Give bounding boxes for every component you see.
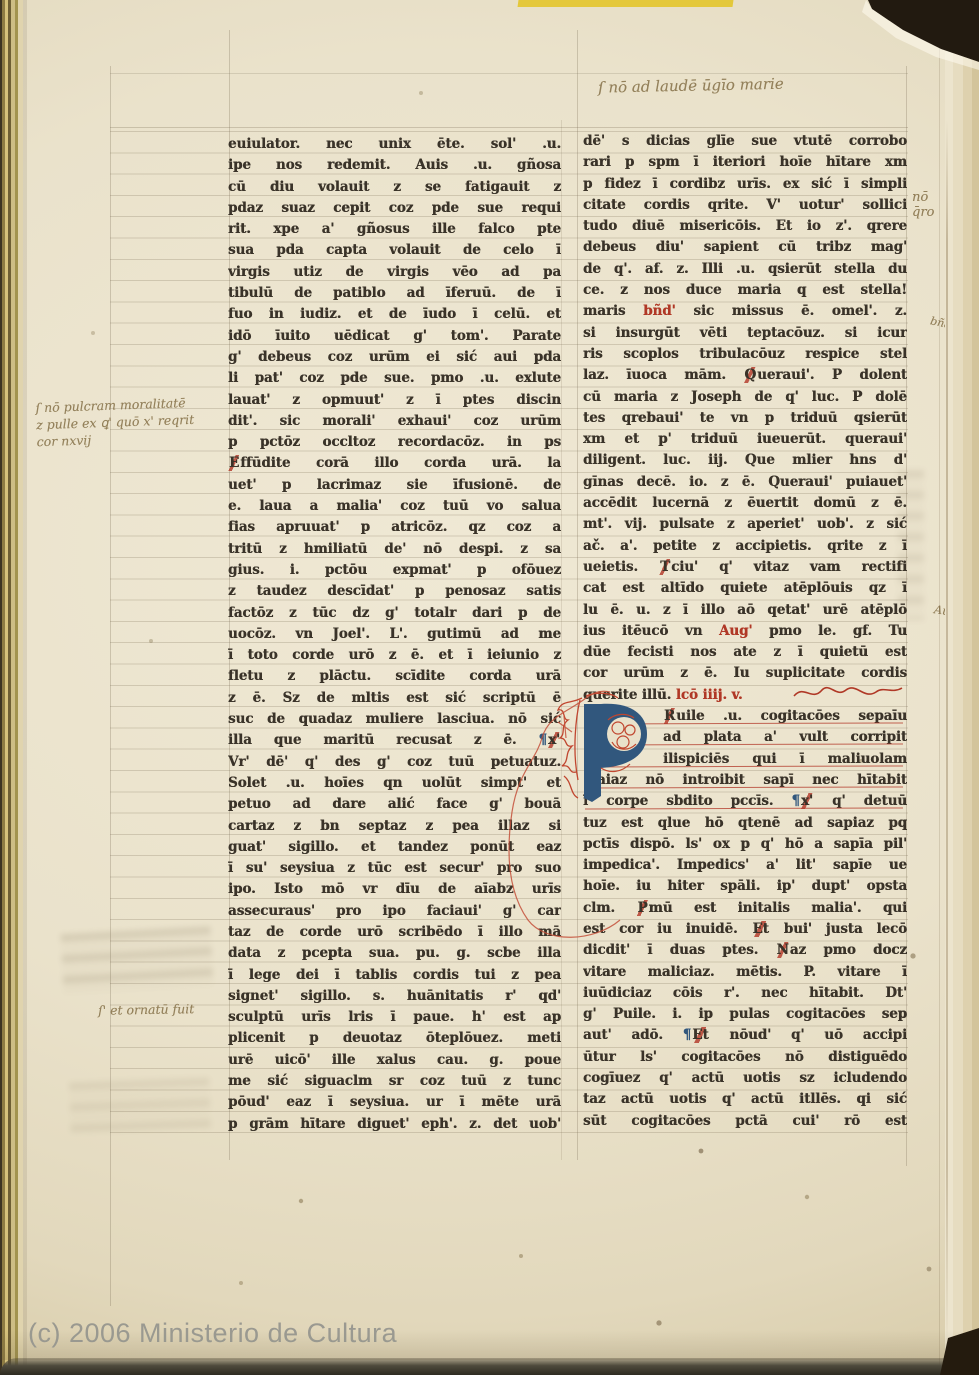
text-line: pōud' eaz ī seysiua. ur ī mēte urā <box>228 1092 561 1113</box>
rubric-text: lcō iiij. v. <box>676 687 743 703</box>
gothic-text: maris <box>583 303 643 319</box>
gothic-text: diligent. luc. iij. Que mlier hns d' <box>583 452 907 468</box>
gothic-text: ciu' q' vitaz vam rectifi <box>671 559 907 575</box>
header-annotation: ſ nō ad laudē ūgīo marie <box>598 73 848 96</box>
text-line: urē uicō' ille xalus cau. g. poue <box>228 1050 561 1071</box>
gothic-text: p fidez ī cordibz urīs. ex sić ī simpli <box>583 176 907 192</box>
gothic-text: ad plata a' vult corripit <box>663 729 907 745</box>
gothic-text: cū diu volauit z se fatigauit z <box>228 179 561 195</box>
manuscript-page-scan: euiulator. nec unix ēte. sol' .u.ipe nos… <box>0 0 979 1375</box>
left-margin-note: ſ nō pulcram moralitatē z pulle ex ꝗ' qu… <box>35 393 227 451</box>
gothic-text: fias apruuat' p atricōz. qz coz a <box>228 519 561 535</box>
gothic-text: E <box>228 455 240 471</box>
text-line: idō īuito uēdicat g' tom'. Parate <box>228 326 561 347</box>
text-line: cogīuez q' actū uotis sz icludendo <box>583 1068 907 1089</box>
dark-corner-top-right <box>0 0 979 70</box>
text-line: sua pda capta volauit de celo ī <box>228 240 561 261</box>
text-line: cū maria z Joseph de q' luc. P dolē <box>583 387 907 408</box>
gothic-text: dit'. sic morali' exhaui' coz urūm <box>228 413 561 429</box>
gothic-text: mt'. vij. pulsate z aperiet' uob'. z sić <box>583 516 907 532</box>
text-line: gīnas decē. io. z ē. Queraui' puiauet' <box>583 472 907 493</box>
gothic-text: taz actū uotis q' actū itllēs. qi sić <box>583 1091 907 1107</box>
gothic-text: gīnas decē. io. z ē. Queraui' puiauet' <box>583 474 907 490</box>
text-line: p pctōz occltoz recordacōz. in ps <box>228 432 561 453</box>
text-line: ce. z nos duce maria q est stella! <box>583 280 907 301</box>
text-line: taz actū uotis q' actū itllēs. qi sić <box>583 1089 907 1110</box>
gothic-text: q' detuū <box>814 793 907 809</box>
gothic-text: cogīuez q' actū uotis sz icludendo <box>583 1070 907 1086</box>
text-line: ius itēucō vn Aug' pmo le. gf. Tu <box>583 621 907 642</box>
text-line: factōz z tūc dz g' totalr dari p de <box>228 603 561 624</box>
text-line: fias apruuat' p atricōz. qz coz a <box>228 517 561 538</box>
gothic-text: ris scoplos tribulacōuz respice stel <box>583 346 907 362</box>
gothic-text: ueraui'. P dolent <box>757 367 907 383</box>
gothic-text: ueietis. <box>583 559 659 575</box>
gothic-text: ipe nos redemit. Auis .u. gñosa <box>228 157 561 173</box>
corner-fold-highlight <box>0 0 979 80</box>
gothic-text: Q <box>743 367 757 383</box>
gothic-text: factōz z tūc dz g' totalr dari p de <box>228 605 561 621</box>
right-margin-note-line: nō <box>912 190 934 205</box>
top-edge-strip <box>518 0 734 7</box>
text-line: pdaz suaz cepit coz pde sue requi <box>228 198 561 219</box>
text-line: tudo diuē misericōis. Et io z'. qrere <box>583 216 907 237</box>
text-line: Effūdite corā illo corda urā. la <box>228 453 561 474</box>
gothic-text: tes qrebaui' te vn p triduū qsierūt <box>583 410 907 426</box>
gothic-text: xm et p' triduū iueuerūt. queraui' <box>583 431 907 447</box>
gothic-text: me sić siguaclm sr coz tuū z tunc <box>228 1073 561 1089</box>
gothic-text: lu ē. u. z ī illo aō qetat' urē atēplō <box>583 602 907 618</box>
gothic-text: gius. i. pctōu expmat' p ofōuez <box>228 562 561 578</box>
show-through-text-ghost <box>61 926 214 994</box>
text-line: euiulator. nec unix ēte. sol' .u. <box>228 134 561 155</box>
text-line: p grām hītare diguet' eph'. z. det uob' <box>228 1114 561 1135</box>
gothic-text: g' debeus coz urūm ei sić aui pda <box>228 349 561 365</box>
gothic-text: cū maria z Joseph de q' luc. P dolē <box>583 389 907 405</box>
gothic-text: de q'. af. z. Illi .u. qsierūt stella du <box>583 261 907 277</box>
text-line: cat est altīdo quiete atēplōuis qz ī <box>583 578 907 599</box>
text-line: lu ē. u. z ī illo aō qetat' urē atēplō <box>583 600 907 621</box>
gothic-text: urē uicō' ille xalus cau. g. poue <box>228 1052 561 1068</box>
text-line: g' debeus coz urūm ei sić aui pda <box>228 347 561 368</box>
text-line: citate cordis qrite. V' uotur' sollici <box>583 195 907 216</box>
text-line: virgis utiz de virgis vēo ad pa <box>228 262 561 283</box>
gothic-text: p pctōz occltoz recordacōz. in ps <box>228 434 561 450</box>
right-margin-note-nota: nō q̄ro <box>912 190 934 220</box>
gothic-text: virgis utiz de virgis vēo ad pa <box>228 264 561 280</box>
gothic-text: Et <box>751 921 769 937</box>
text-line: ač. a'. petite z accipietis. qrite z ī <box>583 536 907 557</box>
gothic-text: cat est altīdo quiete atēplōuis qz ī <box>583 580 907 596</box>
right-margin-note-line: q̄ro <box>912 205 934 220</box>
gothic-text: e. laua a malia' coz tuū vo salua <box>228 498 561 514</box>
gothic-text: T <box>659 559 671 575</box>
gothic-text: x' <box>800 793 814 809</box>
text-line: laz. īuoca mām. Queraui'. P dolent <box>583 365 907 386</box>
gothic-text: ce. z nos duce maria q est stella! <box>583 282 907 298</box>
text-line: li pat' coz pde sue. pmo .u. exlute <box>228 368 561 389</box>
rubric-flourish <box>790 678 910 708</box>
gothic-text: az pmo docz <box>790 942 907 958</box>
copyright-watermark: (c) 2006 Ministerio de Cultura <box>28 1318 397 1349</box>
text-line: sūt cogitacōes pctā cui' rō est <box>583 1111 907 1132</box>
text-line: gius. i. pctōu expmat' p ofōuez <box>228 560 561 581</box>
text-line: accēdit lucernā z ēuertit domū z ē. <box>583 493 907 514</box>
gothic-text: tudo diuē misericōis. Et io z'. qrere <box>583 218 907 234</box>
gothic-text: ffūdite corā illo corda urā. la <box>240 455 561 471</box>
paragraph-mark: ¶ <box>791 793 800 809</box>
gothic-text: tritū z hmiliatū de' nō despi. z sa <box>228 541 561 557</box>
fore-edge-crease <box>946 120 948 1350</box>
gothic-text: uet' p lacrimaz sie īfusionē. de <box>228 477 561 493</box>
gothic-text: sua pda capta volauit de celo ī <box>228 242 561 258</box>
text-line: diligent. luc. iij. Que mlier hns d' <box>583 450 907 471</box>
gothic-text: laz. īuoca mām. <box>583 367 743 383</box>
rubric-text: bñd' <box>643 303 675 319</box>
text-line: cū diu volauit z se fatigauit z <box>228 177 561 198</box>
gothic-text: sic missus ē. omel'. z. <box>676 303 907 319</box>
gothic-text: pmo le. gf. Tu <box>752 623 907 639</box>
text-line: z taudez descīdat' p penosaz satis <box>228 581 561 602</box>
text-line: ipe nos redemit. Auis .u. gñosa <box>228 155 561 176</box>
gothic-text: nōud' q' uō accipi <box>710 1027 907 1043</box>
gothic-text: lauat' z opmuut' z ī ptes discin <box>228 392 561 408</box>
gothic-text: accēdit lucernā z ēuertit domū z ē. <box>583 495 907 511</box>
text-line: debeus diu' sapient cū tribz mag' <box>583 237 907 258</box>
fore-edge-right <box>939 0 979 1375</box>
text-line: maris bñd' sic missus ē. omel'. z. <box>583 301 907 322</box>
text-line: tibulū de patiblo ad īferuū. de ī <box>228 283 561 304</box>
gothic-text: bui' justa lecō <box>770 921 907 937</box>
gothic-text: rit. xpe a' gñosus ille falco pte <box>228 221 561 237</box>
gothic-text: ius itēucō vn <box>583 623 719 639</box>
gothic-text: dē' s dicias glīe sue vtutē corrobo <box>583 133 907 149</box>
gothic-text: li pat' coz pde sue. pmo .u. exlute <box>228 370 561 386</box>
gothic-text: illa que maritū recusat z ē. <box>228 732 539 748</box>
gothic-text: citate cordis qrite. V' uotur' sollici <box>583 197 907 213</box>
text-line: de q'. af. z. Illi .u. qsierūt stella du <box>583 259 907 280</box>
gothic-text: p grām hītare diguet' eph'. z. det uob' <box>228 1116 561 1132</box>
paragraph-mark: ¶ <box>683 1027 692 1043</box>
text-line: uet' p lacrimaz sie īfusionē. de <box>228 475 561 496</box>
text-line: p fidez ī cordibz urīs. ex sić ī simpli <box>583 174 907 195</box>
gothic-text: ilispiciēs qui ī maliuolam <box>663 751 907 767</box>
gothic-text: tibulū de patiblo ad īferuū. de ī <box>228 285 561 301</box>
binding-gutter-edge <box>0 0 30 1375</box>
text-line: tes qrebaui' te vn p triduū qsierūt <box>583 408 907 429</box>
gothic-text: fuo in iudiz. et de īudo ī celū. et <box>228 306 561 322</box>
gothic-text: uocōz. vn Joel'. L'. gutimū ad me <box>228 626 561 642</box>
gothic-text: debeus diu' sapient cū tribz mag' <box>583 239 907 255</box>
text-line: xm et p' triduū iueuerūt. queraui' <box>583 429 907 450</box>
gothic-text: ač. a'. petite z accipietis. qrite z ī <box>583 538 907 554</box>
text-line: lauat' z opmuut' z ī ptes discin <box>228 390 561 411</box>
gothic-text: uile .u. cogitacōes sepaīu <box>676 708 907 724</box>
gothic-text: mū est initalis malia'. qui <box>649 900 907 916</box>
penwork-flourish <box>498 652 648 1052</box>
text-line: uocōz. vn Joel'. L'. gutimū ad me <box>228 624 561 645</box>
text-line: ris scoplos tribulacōuz respice stel <box>583 344 907 365</box>
gothic-text: z taudez descīdat' p penosaz satis <box>228 583 561 599</box>
gothic-text: euiulator. nec unix ēte. sol' .u. <box>228 136 561 152</box>
gothic-text: pdaz suaz cepit coz pde sue requi <box>228 200 561 216</box>
gothic-text: Et <box>691 1027 709 1043</box>
left-margin-note-2: ſ' et ornatū fuit <box>98 1001 194 1018</box>
show-through-text-ghost <box>69 1078 211 1133</box>
bottom-edge-strip <box>0 1358 979 1375</box>
text-line: dit'. sic morali' exhaui' coz urūm <box>228 411 561 432</box>
text-line: fuo in iudiz. et de īudo ī celū. et <box>228 304 561 325</box>
text-line: tritū z hmiliatū de' nō despi. z sa <box>228 539 561 560</box>
gothic-text: si insurgūt vēti teptacōuz. si icur <box>583 325 907 341</box>
text-line: e. laua a malia' coz tuū vo salua <box>228 496 561 517</box>
text-line: rit. xpe a' gñosus ille falco pte <box>228 219 561 240</box>
gothic-text: sūt cogitacōes pctā cui' rō est <box>583 1113 907 1129</box>
gothic-text: idō īuito uēdicat g' tom'. Parate <box>228 328 561 344</box>
rubric-text: Aug' <box>719 623 752 639</box>
text-line: me sić siguaclm sr coz tuū z tunc <box>228 1071 561 1092</box>
text-line: ueietis. Tciu' q' vitaz vam rectifi <box>583 557 907 578</box>
gothic-text: pōud' eaz ī seysiua. ur ī mēte urā <box>228 1094 561 1110</box>
text-line: rari p spm ī iteriori hoīe hītare xm <box>583 152 907 173</box>
text-line: mt'. vij. pulsate z aperiet' uob'. z sić <box>583 514 907 535</box>
gothic-text: rari p spm ī iteriori hoīe hītare xm <box>583 154 907 170</box>
text-line: si insurgūt vēti teptacōuz. si icur <box>583 323 907 344</box>
text-line: dē' s dicias glīe sue vtutē corrobo <box>583 131 907 152</box>
gothic-text: R <box>663 708 676 724</box>
gothic-text: N <box>776 942 790 958</box>
